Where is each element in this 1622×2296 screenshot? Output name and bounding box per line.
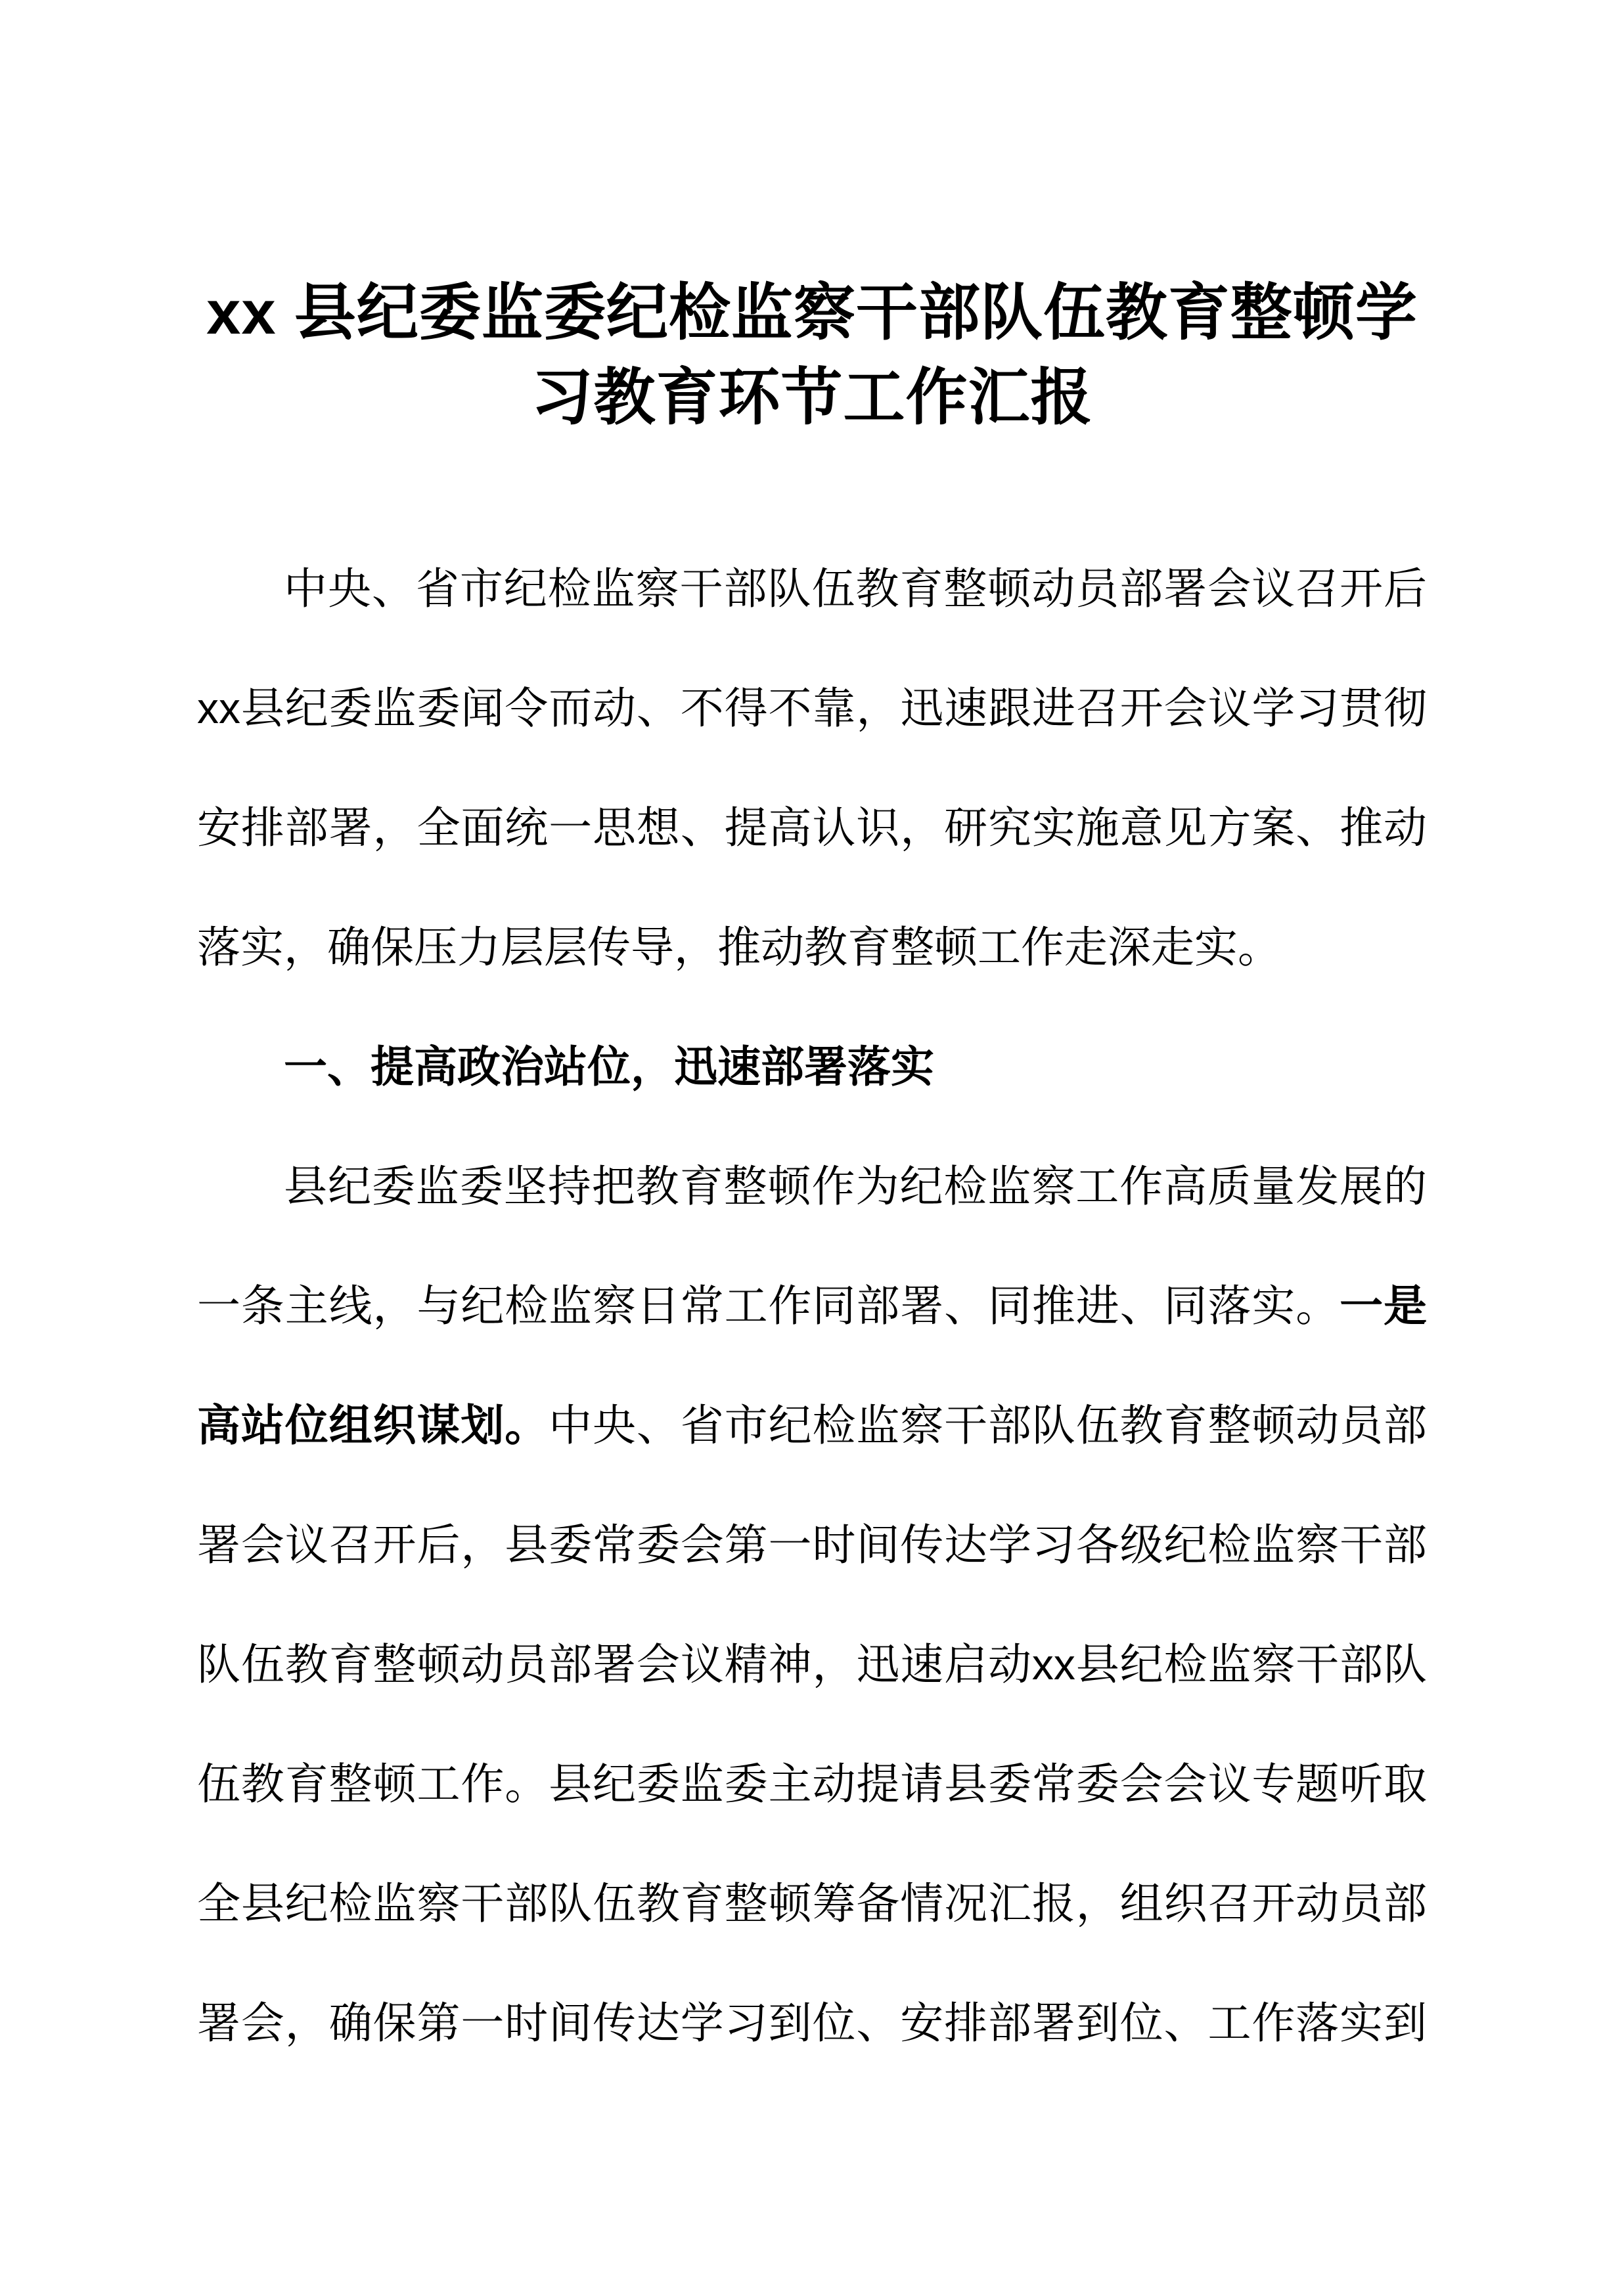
section-1-heading: 一、提高政治站位，迅速部署落实 xyxy=(197,1007,1427,1126)
document-page: xx 县纪委监委纪检监察干部队伍教育整顿学 习教育环节工作汇报 中央、省市纪检监… xyxy=(0,0,1622,2296)
text-line: 署会议召开后，县委常委会第一时间传达学习各级纪检监察干部 xyxy=(197,1485,1427,1604)
text-line: 署会，确保第一时间传达学习到位、安排部署到位、工作落实到 xyxy=(197,1963,1427,2083)
document-body: 中央、省市纪检监察干部队伍教育整顿动员部署会议召开后xx县纪委监委闻令而动、不得… xyxy=(197,529,1427,2083)
bold-text-segment: 一、提高政治站位，迅速部署落实 xyxy=(284,1042,934,1091)
text-segment: 安排部署，全面统一思想、提高认识，研究实施意见方案、推动 xyxy=(197,803,1427,852)
text-line: 落实，确保压力层层传导，推动教育整顿工作走深走实。 xyxy=(197,887,1427,1007)
document-title-line-2: 习教育环节工作汇报 xyxy=(197,355,1427,439)
document-title: xx 县纪委监委纪检监察干部队伍教育整顿学 习教育环节工作汇报 xyxy=(197,270,1427,439)
text-line: 一、提高政治站位，迅速部署落实 xyxy=(197,1007,1427,1126)
text-line: 高站位组织谋划。中央、省市纪检监察干部队伍教育整顿动员部 xyxy=(197,1365,1427,1485)
text-line: 一条主线，与纪检监察日常工作同部署、同推进、同落实。一是 xyxy=(197,1246,1427,1365)
text-line: 县纪委监委坚持把教育整顿作为纪检监察工作高质量发展的 xyxy=(197,1126,1427,1246)
text-area: xx 县纪委监委纪检监察干部队伍教育整顿学 习教育环节工作汇报 中央、省市纪检监… xyxy=(197,0,1427,2083)
text-segment: 队伍教育整顿动员部署会议精神，迅速启动xx县纪检监察干部队 xyxy=(197,1640,1427,1689)
text-line: 队伍教育整顿动员部署会议精神，迅速启动xx县纪检监察干部队 xyxy=(197,1604,1427,1724)
text-segment: 伍教育整顿工作。县纪委监委主动提请县委常委会会议专题听取 xyxy=(197,1759,1427,1808)
section-1-paragraph: 县纪委监委坚持把教育整顿作为纪检监察工作高质量发展的一条主线，与纪检监察日常工作… xyxy=(197,1126,1427,2083)
text-line: xx县纪委监委闻令而动、不得不靠，迅速跟进召开会议学习贯彻 xyxy=(197,648,1427,768)
text-line: 中央、省市纪检监察干部队伍教育整顿动员部署会议召开后 xyxy=(197,529,1427,648)
text-segment: 全县纪检监察干部队伍教育整顿筹备情况汇报，组织召开动员部 xyxy=(197,1879,1427,1928)
text-segment: 署会，确保第一时间传达学习到位、安排部署到位、工作落实到 xyxy=(197,1998,1427,2047)
bold-text-segment: 高站位组织谋划。 xyxy=(197,1401,549,1449)
text-segment: 中央、省市纪检监察干部队伍教育整顿动员部署会议召开后 xyxy=(284,564,1427,613)
text-segment: 县纪委监委坚持把教育整顿作为纪检监察工作高质量发展的 xyxy=(284,1162,1427,1210)
text-line: 全县纪检监察干部队伍教育整顿筹备情况汇报，组织召开动员部 xyxy=(197,1843,1427,1963)
bold-text-segment: 一是 xyxy=(1340,1281,1427,1330)
intro-paragraph: 中央、省市纪检监察干部队伍教育整顿动员部署会议召开后xx县纪委监委闻令而动、不得… xyxy=(197,529,1427,1007)
text-segment: xx县纪委监委闻令而动、不得不靠，迅速跟进召开会议学习贯彻 xyxy=(197,684,1427,732)
text-line: 伍教育整顿工作。县纪委监委主动提请县委常委会会议专题听取 xyxy=(197,1724,1427,1843)
text-segment: 中央、省市纪检监察干部队伍教育整顿动员部 xyxy=(549,1401,1427,1449)
text-segment: 一条主线，与纪检监察日常工作同部署、同推进、同落实。 xyxy=(197,1281,1340,1330)
text-segment: 署会议召开后，县委常委会第一时间传达学习各级纪检监察干部 xyxy=(197,1520,1427,1569)
text-line: 安排部署，全面统一思想、提高认识，研究实施意见方案、推动 xyxy=(197,768,1427,887)
document-title-line-1: xx 县纪委监委纪检监察干部队伍教育整顿学 xyxy=(197,270,1427,355)
text-segment: 落实，确保压力层层传导，推动教育整顿工作走深走实。 xyxy=(197,923,1281,971)
